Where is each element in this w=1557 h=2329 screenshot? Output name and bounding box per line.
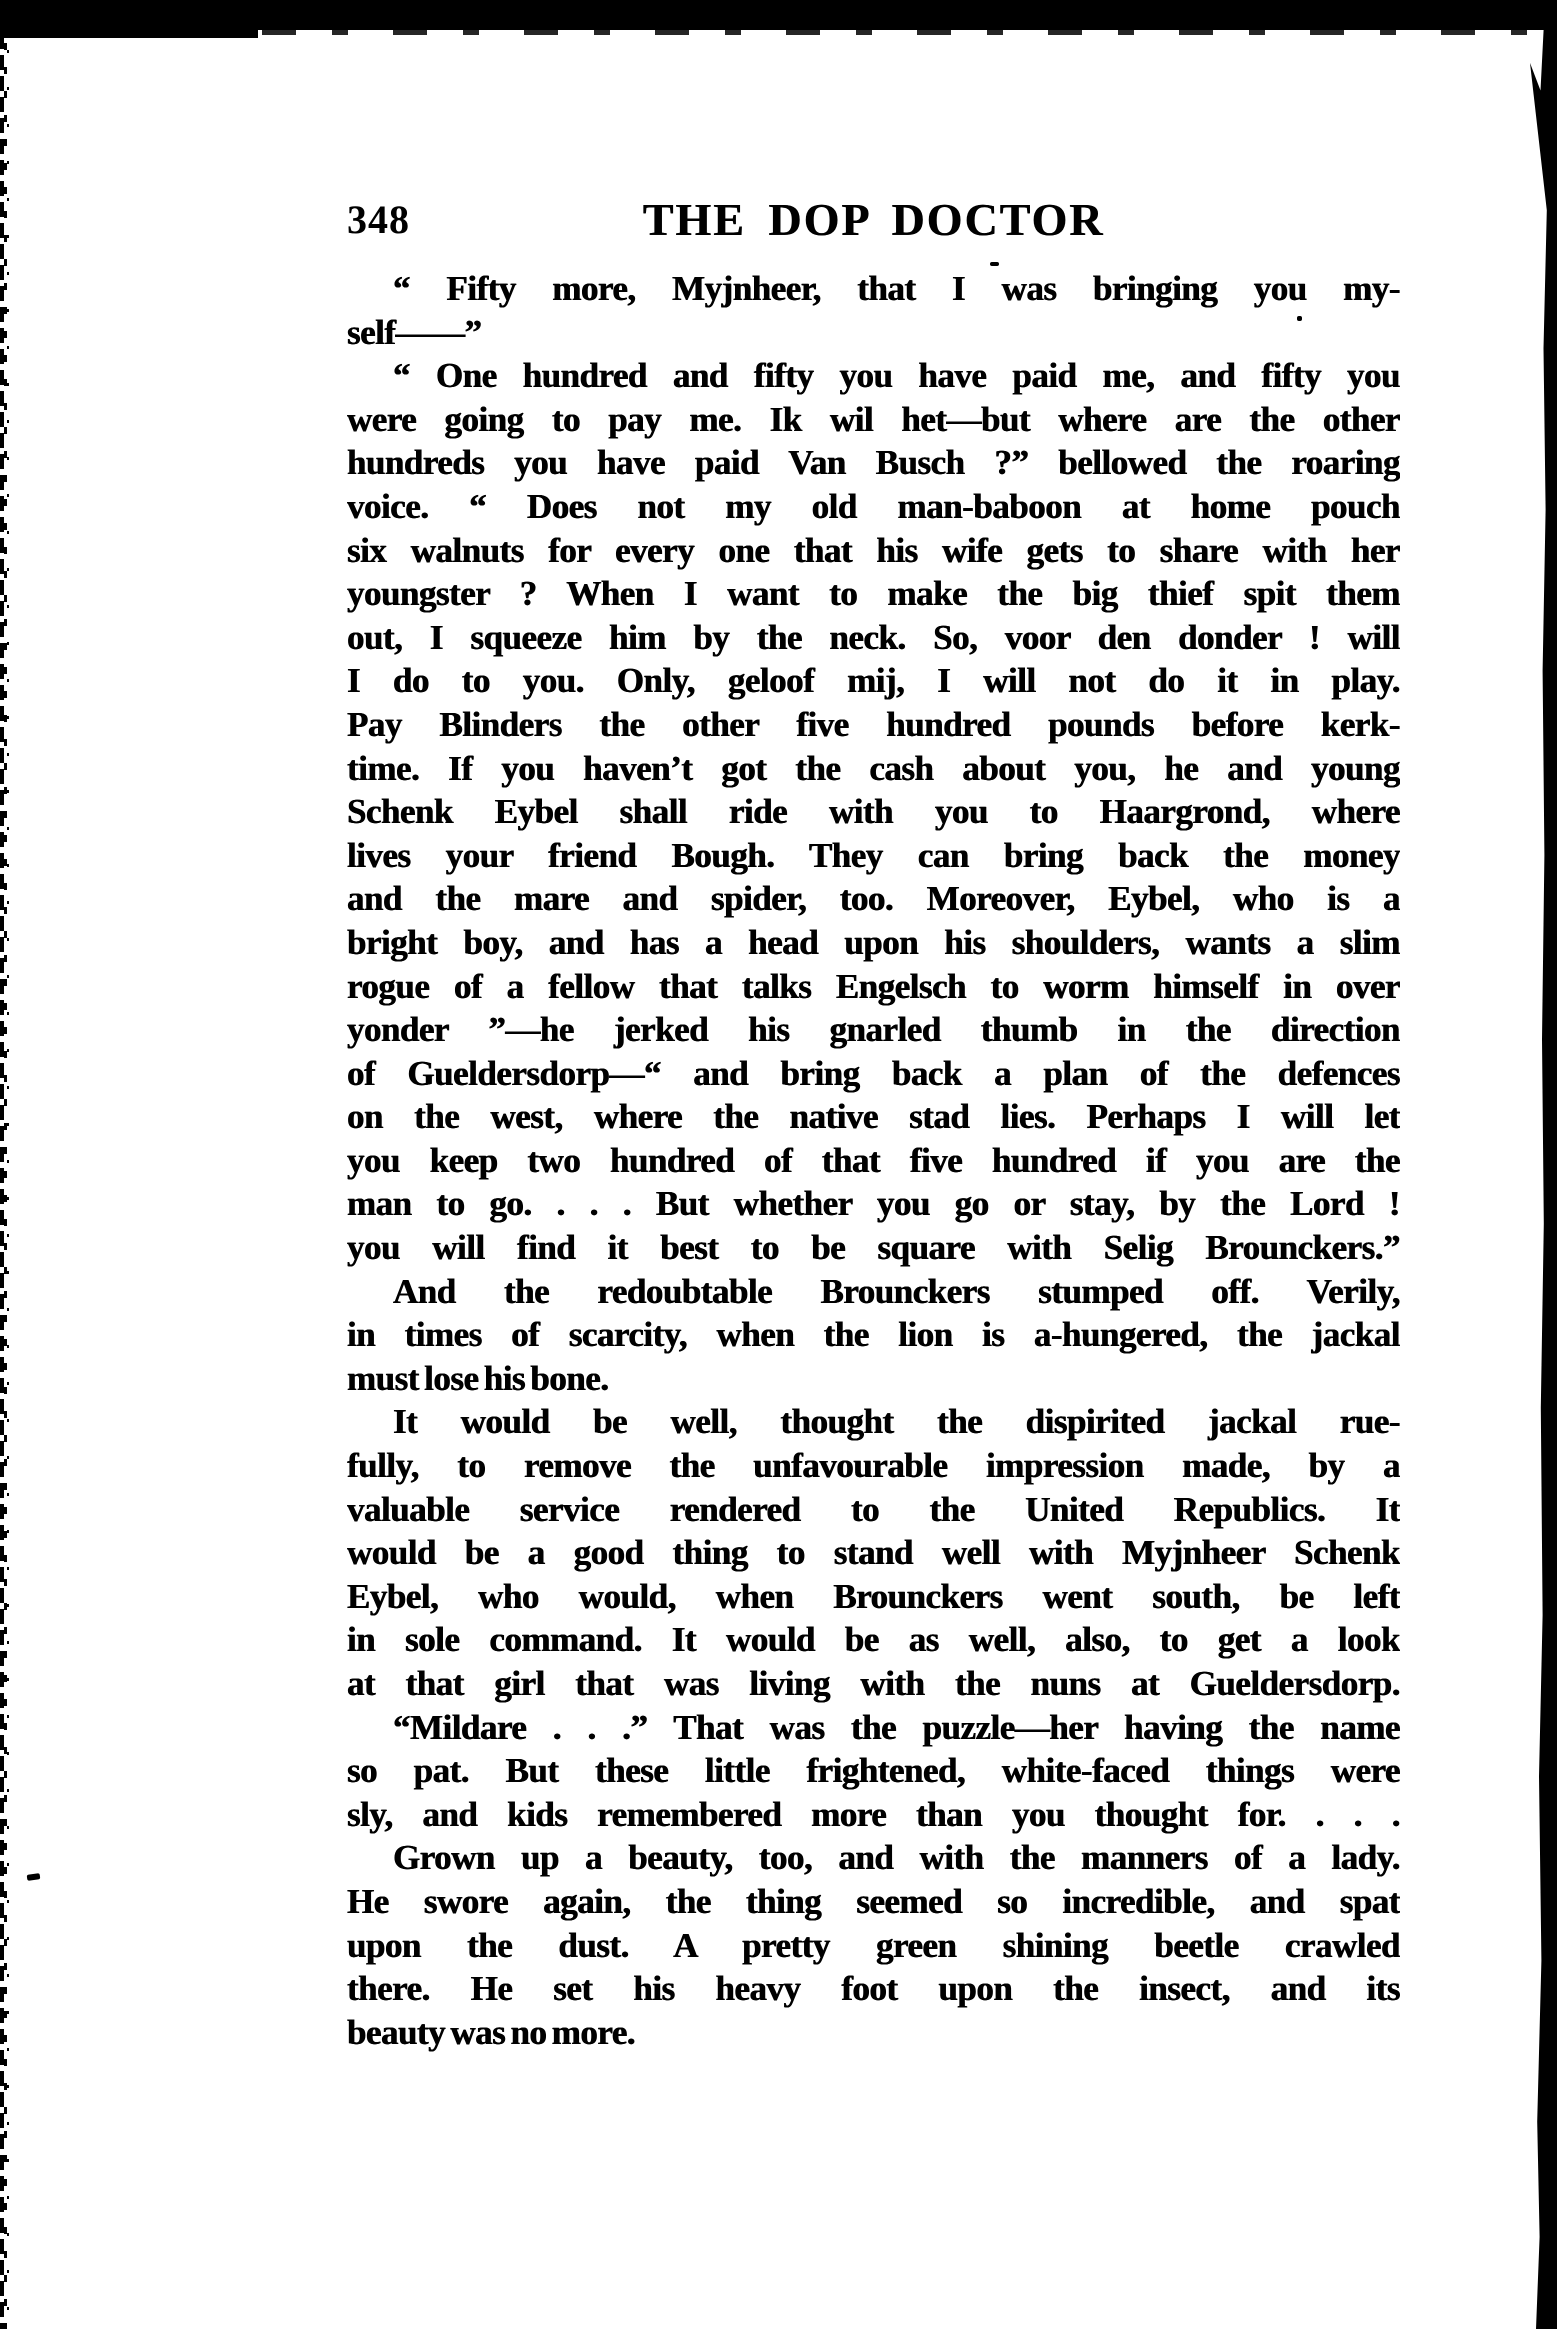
text-line: sly, and kids remembered more than you t… [347, 1793, 1400, 1837]
text-line: in times of scarcity, when the lion is a… [347, 1313, 1400, 1357]
text-line: yonder ”—he jerked his gnarled thumb in … [347, 1008, 1400, 1052]
text-line: would be a good thing to stand well with… [347, 1531, 1400, 1575]
page-body: “ Fifty more, Myjnheer, that I was bring… [347, 267, 1400, 2054]
text-line: man to go. . . . But whether you go or s… [347, 1182, 1400, 1226]
text-column: 348 THE DOP DOCTOR “ Fifty more, Myjnhee… [347, 0, 1400, 2329]
text-line: upon the dust. A pretty green shining be… [347, 1924, 1400, 1968]
text-line: on the west, where the native stad lies.… [347, 1095, 1400, 1139]
paragraph: “ Fifty more, Myjnheer, that I was bring… [347, 267, 1400, 354]
text-line: at that girl that was living with the nu… [347, 1662, 1400, 1706]
paragraph: Grown up a beauty, too, and with the man… [347, 1836, 1400, 2054]
text-line: It would be well, thought the dispirited… [347, 1400, 1400, 1444]
header-row: 348 THE DOP DOCTOR [347, 197, 1400, 243]
text-line: lives your friend Bough. They can bring … [347, 834, 1400, 878]
text-line: valuable service rendered to the United … [347, 1488, 1400, 1532]
scan-left-edge-noise [0, 34, 11, 2329]
paragraph: It would be well, thought the dispirited… [347, 1400, 1400, 1705]
text-line: time. If you haven’t got the cash about … [347, 747, 1400, 791]
text-line: Eybel, who would, when Brounckers went s… [347, 1575, 1400, 1619]
text-line: were going to pay me. Ik wil het—but whe… [347, 398, 1400, 442]
text-line: I do to you. Only, geloof mij, I will no… [347, 659, 1400, 703]
text-line: Pay Blinders the other five hundred poun… [347, 703, 1400, 747]
text-line: voice. “ Does not my old man-baboon at h… [347, 485, 1400, 529]
text-line: of Gueldersdorp—“ and bring back a plan … [347, 1052, 1400, 1096]
text-line: hundreds you have paid Van Busch ?” bell… [347, 441, 1400, 485]
text-line: “Mildare . . .” That was the puzzle—her … [347, 1706, 1400, 1750]
text-line: self——” [347, 311, 1400, 355]
text-line: rogue of a fellow that talks Engelsch to… [347, 965, 1400, 1009]
book-page: 348 THE DOP DOCTOR “ Fifty more, Myjnhee… [0, 0, 1557, 2329]
text-line: youngster ? When I want to make the big … [347, 572, 1400, 616]
scan-right-edge-noise [1527, 26, 1557, 2329]
scan-speck [27, 1873, 41, 1881]
paragraph: “ One hundred and fifty you have paid me… [347, 354, 1400, 1269]
paragraph: “Mildare . . .” That was the puzzle—her … [347, 1706, 1400, 1837]
text-line: Grown up a beauty, too, and with the man… [347, 1836, 1400, 1880]
text-line: “ One hundred and fifty you have paid me… [347, 354, 1400, 398]
text-line: there. He set his heavy foot upon the in… [347, 1967, 1400, 2011]
text-line: so pat. But these little frightened, whi… [347, 1749, 1400, 1793]
text-line: you keep two hundred of that five hundre… [347, 1139, 1400, 1183]
text-line: fully, to remove the unfavourable impres… [347, 1444, 1400, 1488]
page-number: 348 [347, 197, 410, 243]
text-line: and the mare and spider, too. Moreover, … [347, 877, 1400, 921]
text-line: in sole command. It would be as well, al… [347, 1618, 1400, 1662]
text-line: out, I squeeze him by the neck. So, voor… [347, 616, 1400, 660]
text-line: bright boy, and has a head upon his shou… [347, 921, 1400, 965]
paragraph: And the redoubtable Brounckers stumped o… [347, 1270, 1400, 1401]
text-line: must lose his bone. [347, 1357, 1400, 1401]
text-line: He swore again, the thing seemed so incr… [347, 1880, 1400, 1924]
text-line: you will find it best to be square with … [347, 1226, 1400, 1270]
text-line: six walnuts for every one that his wife … [347, 529, 1400, 573]
text-line: Schenk Eybel shall ride with you to Haar… [347, 790, 1400, 834]
running-title: THE DOP DOCTOR [347, 197, 1400, 243]
text-line: “ Fifty more, Myjnheer, that I was bring… [347, 267, 1400, 311]
text-line: beauty was no more. [347, 2011, 1400, 2055]
scan-top-bar-step [0, 26, 258, 38]
text-line: And the redoubtable Brounckers stumped o… [347, 1270, 1400, 1314]
